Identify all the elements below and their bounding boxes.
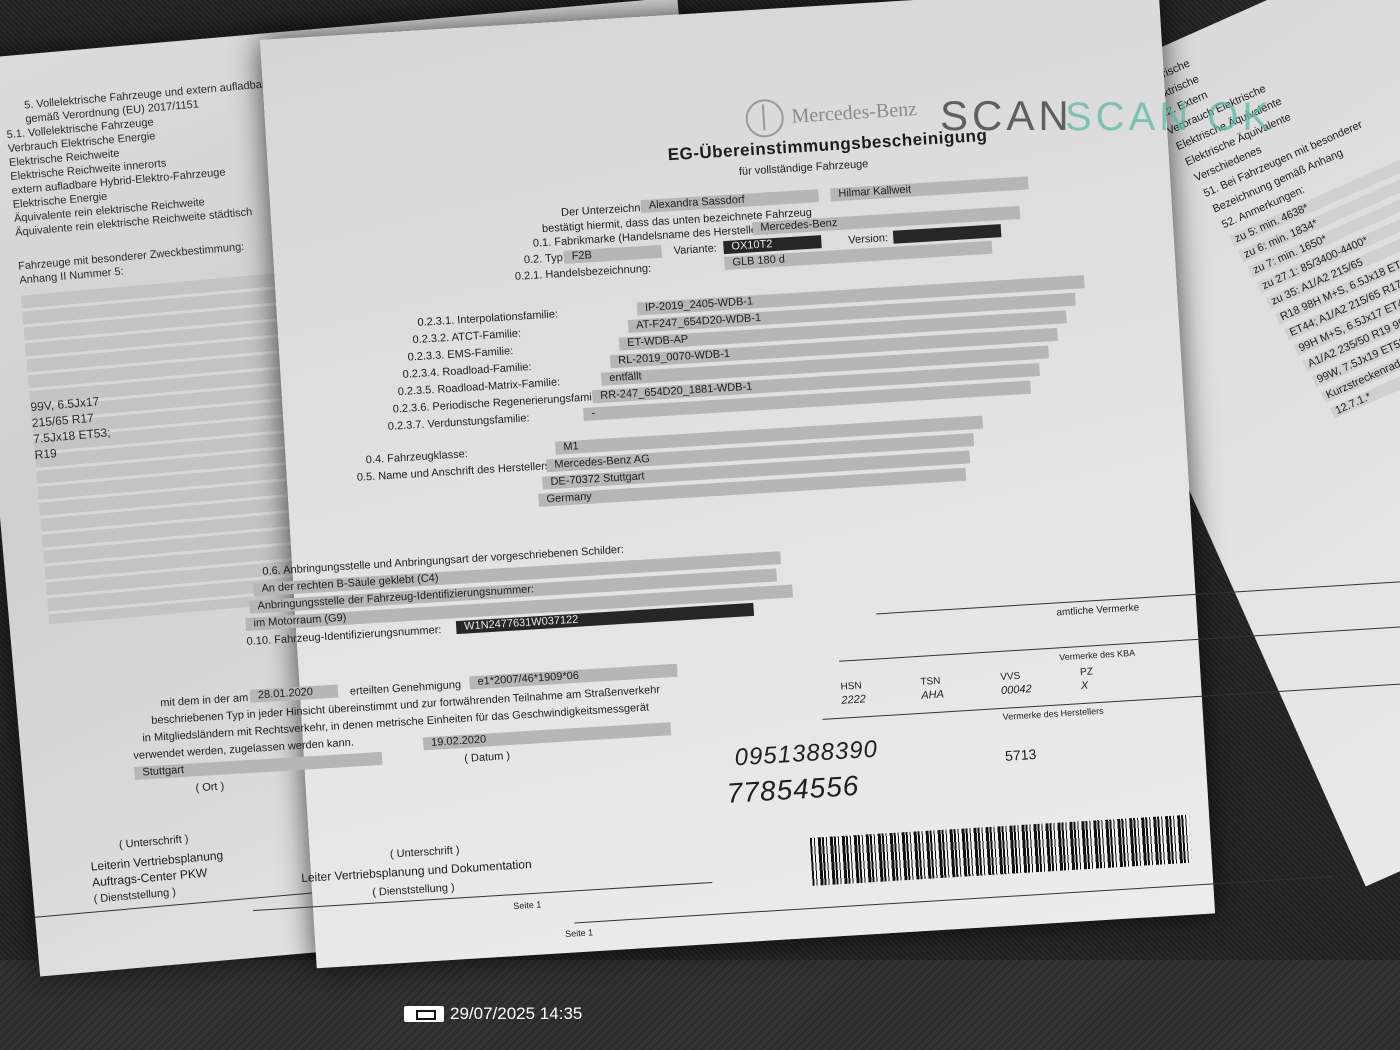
stamp-number: 77854556 [726,770,860,810]
position-value: Leiter Vertriebsplanung und Dokumentatio… [301,857,532,885]
order-number: 0951388390 [734,736,879,773]
kba-value: 00042 [1001,683,1032,697]
scan-watermark: SCAN [940,92,1073,140]
place-label: ( Ort ) [195,781,224,795]
kba-header: PZ [1080,666,1093,678]
kba-value: X [1081,680,1089,692]
brand-name: Mercedes-Benz [791,98,918,129]
footer-line [253,882,712,911]
vehicle-class-label: 0.4. Fahrzeugklasse: [365,448,468,466]
seat-fabric [0,960,1400,1050]
left-signature-label: ( Unterschrift ) [119,833,189,851]
document-subtitle: für vollständige Fahrzeuge [739,158,869,178]
kba-value: AHA [921,688,944,701]
family-label: 0.2.3.1. Interpolationsfamilie: [417,308,558,329]
type-label: 0.2. Typ: [524,252,567,267]
timestamp-text: 29/07/2025 14:35 [450,1004,582,1024]
type-value: F2B [563,245,662,264]
date-label: ( Datum ) [464,750,510,765]
left-tire-line: R19 [34,446,57,462]
family-label: 0.2.3.3. EMS-Familie: [407,345,513,363]
family-label: 0.2.3.7. Verdunstungsfamilie: [387,412,529,433]
official-notes-label: amtliche Vermerke [1056,602,1139,618]
variant-label: Variante: [673,243,717,258]
camera-icon [404,1006,444,1022]
left-page-line: Fahrzeuge mit besonderer Zweckbestimmung… [18,241,245,273]
camera-timestamp: 29/07/2025 14:35 [404,1004,582,1024]
family-label: 0.2.3.4. Roadload-Familie: [402,361,532,381]
kba-value: 2222 [841,693,866,706]
left-position-label: ( Dienststellung ) [93,886,176,905]
page-number: Seite 1 [513,899,542,911]
approval-text-2: erteilten Genehmigung [350,679,462,698]
barcode [810,815,1192,886]
manufacturer-notes-label: Vermerke des Herstellers [1002,706,1103,722]
kba-header: VVS [1000,671,1021,683]
kba-header: TSN [920,676,941,688]
position-label: ( Dienststellung ) [372,882,455,899]
signature-label: ( Unterschrift ) [390,844,460,860]
family-label: 0.2.3.2. ATCT-Familie: [412,328,521,347]
version-label: Version: [848,232,888,246]
small-code: 5713 [1005,746,1037,764]
mercedes-star-icon [745,98,785,138]
page-number-bottom: Seite 1 [565,927,594,939]
kba-header: HSN [840,680,862,692]
date-value: 19.02.2020 [423,722,671,750]
kba-notes-label: Vermerke des KBA [1059,648,1136,663]
signatory-2: Hilmar Kallweit [830,176,1028,201]
coc-document: Mercedes-Benz EG-Übereinstimmungsbeschei… [260,0,1215,968]
scan-ok-watermark: SCAN OK [1065,95,1273,140]
